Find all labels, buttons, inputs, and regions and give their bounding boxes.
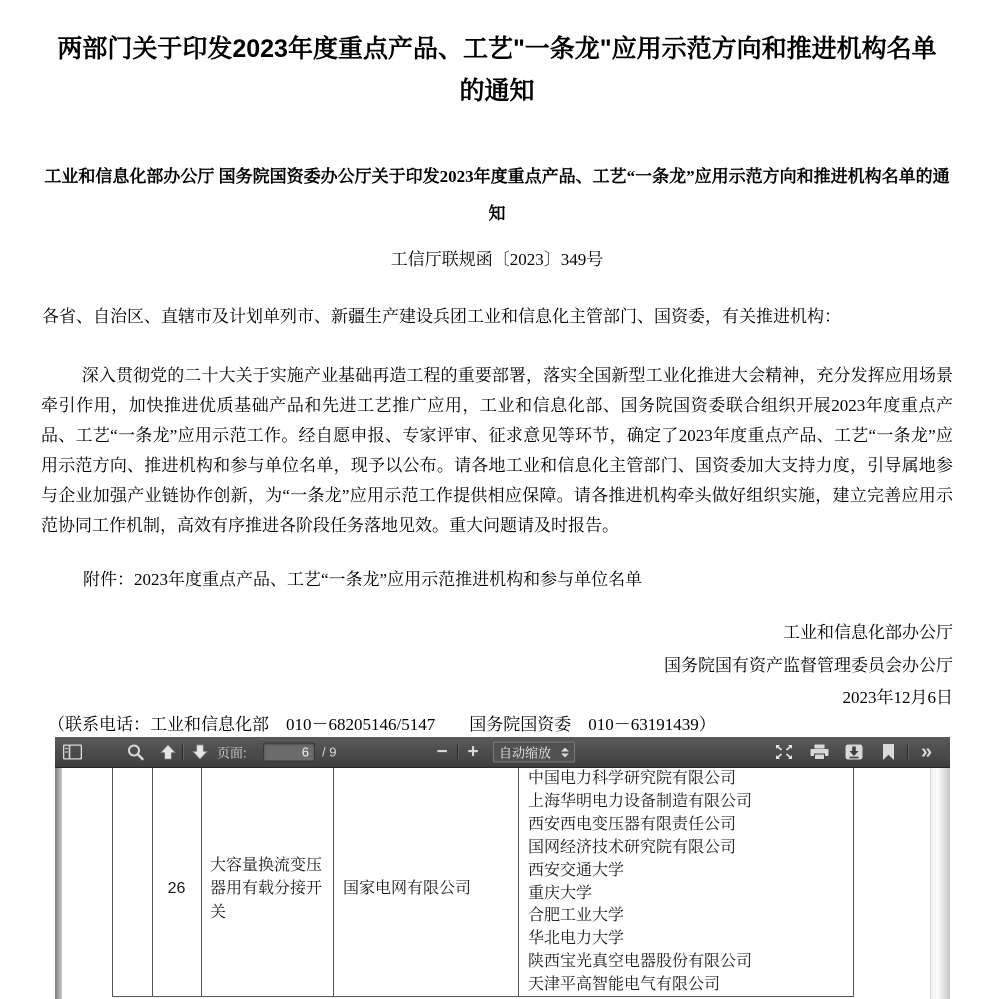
toolbar-separator [182,744,183,760]
page-number-input[interactable] [263,743,315,762]
document-number: 工信厅联规函〔2023〕349号 [0,245,994,270]
notice-subtitle: 工业和信息化部办公厅 国务院国资委办公厅关于印发2023年度重点产品、工艺“一条… [0,158,994,232]
sidebar-toggle-button[interactable] [63,745,82,760]
lead-org-name: 国家电网有限公司 [343,877,471,901]
row-number: 26 [168,880,186,898]
page-total-label: / 9 [322,745,336,760]
printer-icon [810,744,829,760]
zoom-mode-select[interactable]: 自动缩放 [493,742,575,763]
page-label: 页面: [217,743,247,762]
search-button[interactable] [127,744,144,761]
attachment-line: 附件：2023年度重点产品、工艺“一条龙”应用示范推进机构和参与单位名单 [83,565,953,590]
toolbar-separator [457,744,458,760]
salutation-line: 各省、自治区、直辖市及计划单列市、新疆生产建设兵团工业和信息化主管部门、国资委，… [42,303,954,331]
participant-item: 合肥工业大学 [528,905,853,928]
expand-arrows-icon [775,744,793,760]
viewer-left-edge [55,768,62,999]
participant-item: 天津平高智能电气有限公司 [528,974,853,997]
arrow-up-icon [159,744,177,760]
arrow-down-icon [191,744,209,760]
participant-item: 国网经济技术研究院有限公司 [528,837,853,860]
bookmark-icon [882,744,895,760]
sidebar-toggle-icon [63,745,82,760]
download-button[interactable] [845,744,863,760]
table-cell-row-number: 26 [152,768,201,996]
toolbar-separator [907,744,908,760]
participant-item: 中国电力科学研究院有限公司 [528,768,853,791]
participant-item: 西安西电变压器有限责任公司 [528,814,853,837]
signature-block: 工业和信息化部办公厅 国务院国有资产监督管理委员会办公厅 2023年12月6日 [41,617,953,715]
more-tools-button[interactable]: » [921,742,932,762]
previous-page-button[interactable] [159,744,177,760]
table-border [853,768,854,996]
participant-item: 陕西宝光真空电器股份有限公司 [528,951,853,974]
participant-item: 上海华明电力设备制造有限公司 [528,791,853,814]
signature-line: 工业和信息化部办公厅 [41,617,953,650]
bookmark-button[interactable] [882,744,895,760]
signature-line: 国务院国有资产监督管理委员会办公厅 [41,650,953,683]
contact-phone-line: （联系电话：工业和信息化部 010－68205146/5147 国务院国资委 0… [48,710,954,735]
vertical-scrollbar-thumb[interactable] [930,768,950,999]
pdf-content-area: 26 大容量换流变压器用有载分接开关 国家电网有限公司 中国电力科学研究院有限公… [55,768,950,999]
notice-body-paragraph: 深入贯彻党的二十大关于实施产业基础再造工程的重要部署，落实全国新型工业化推进大会… [41,361,953,541]
product-name: 大容量换流变压器用有载分接开关 [210,854,325,925]
participant-item: 西安交通大学 [528,860,853,883]
participant-item: 华北电力大学 [528,928,853,951]
download-icon [845,744,863,760]
zoom-out-button[interactable]: − [435,743,449,762]
pdf-page: 26 大容量换流变压器用有载分接开关 国家电网有限公司 中国电力科学研究院有限公… [62,768,930,999]
next-page-button[interactable] [191,744,209,760]
search-icon [127,744,144,761]
table-border [112,768,113,996]
pdf-toolbar: 页面: / 9 − + 自动缩放 [55,737,950,768]
print-button[interactable] [810,744,829,760]
table-cell-lead-org: 国家电网有限公司 [333,768,518,996]
zoom-mode-value: 自动缩放 [499,743,551,762]
presentation-mode-button[interactable] [775,744,793,760]
pdf-viewer: 页面: / 9 − + 自动缩放 [55,737,950,999]
select-arrows-icon [561,747,569,757]
zoom-in-button[interactable]: + [466,743,480,762]
table-cell-participants: 中国电力科学研究院有限公司 上海华明电力设备制造有限公司 西安西电变压器有限责任… [518,768,853,996]
participant-item: 重庆大学 [528,883,853,906]
table-cell-product: 大容量换流变压器用有载分接开关 [201,768,333,996]
page-title: 两部门关于印发2023年度重点产品、工艺"一条龙"应用示范方向和推进机构名单的通… [0,28,994,112]
